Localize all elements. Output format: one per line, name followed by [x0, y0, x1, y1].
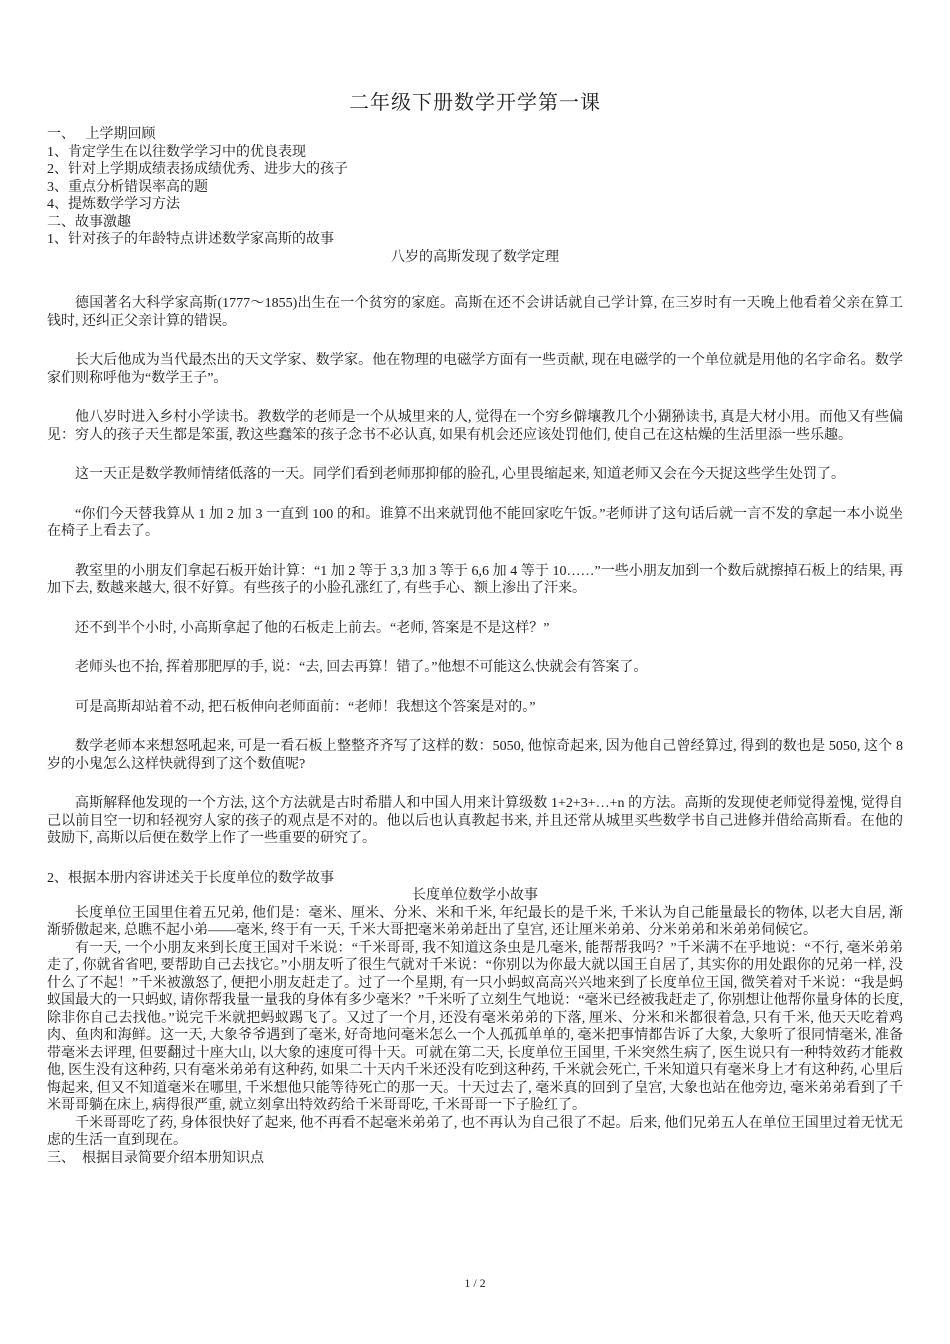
lesson-outline: 一、 上学期回顾 1、肯定学生在以往数学学习中的优良表现 2、针对上学期成绩表扬…	[47, 126, 903, 249]
gauss-paragraph-9: 可是高斯却站着不动, 把石板伸向老师面前：“老师！我想这个答案是对的。”	[47, 699, 903, 717]
length-story-paragraph-1: 长度单位王国里住着五兄弟, 他们是：毫米、厘米、分米、米和千米, 年纪最长的是千…	[47, 905, 903, 940]
gauss-paragraph-11: 高斯解释他发现的一个方法, 这个方法就是古时希腊人和中国人用来计算级数 1+2+…	[47, 795, 903, 848]
length-story-paragraph-2: 有一天, 一个小朋友来到长度王国对千米说：“千米哥哥, 我不知道这条虫是几毫米,…	[47, 940, 903, 1115]
page-content: 二年级下册数学开学第一课 一、 上学期回顾 1、肯定学生在以往数学学习中的优良表…	[0, 0, 950, 1167]
gauss-paragraph-1: 德国著名大科学家高斯(1777～1855)出生在一个贫穷的家庭。高斯在还不会讲话…	[47, 295, 903, 330]
gauss-paragraph-2: 长大后他成为当代最杰出的天文学家、数学家。他在物理的电磁学方面有一些贡献, 现在…	[47, 352, 903, 387]
gauss-paragraph-8: 老师头也不抬, 挥着那肥厚的手, 说：“去, 回去再算！错了。”他想不可能这么快…	[47, 659, 903, 677]
length-story-heading: 长度单位数学小故事	[47, 887, 903, 905]
outline-line-2: 1、肯定学生在以往数学学习中的优良表现	[47, 144, 903, 162]
gauss-paragraph-4: 这一天正是数学教师情绪低落的一天。同学们看到老师那抑郁的脸孔, 心里畏缩起来, …	[47, 466, 903, 484]
length-story-body: 长度单位王国里住着五兄弟, 他们是：毫米、厘米、分米、米和千米, 年纪最长的是千…	[47, 905, 903, 1150]
gauss-story-body: 德国著名大科学家高斯(1777～1855)出生在一个贫穷的家庭。高斯在还不会讲话…	[47, 295, 903, 848]
gauss-story-heading: 八岁的高斯发现了数学定理	[47, 249, 903, 267]
gauss-paragraph-6: 教室里的小朋友们拿起石板开始计算：“1 加 2 等于 3,3 加 3 等于 6,…	[47, 563, 903, 598]
gauss-paragraph-3: 他八岁时进入乡村小学读书。教数学的老师是一个从城里来的人, 觉得在一个穷乡僻壤教…	[47, 409, 903, 444]
outline-line-7: 1、针对孩子的年龄特点讲述数学家高斯的故事	[47, 231, 903, 249]
outline-line-5: 4、提炼数学学习方法	[47, 196, 903, 214]
length-story-intro-line: 2、根据本册内容讲述关于长度单位的数学故事	[47, 870, 903, 888]
document-page: 二年级下册数学开学第一课 一、 上学期回顾 1、肯定学生在以往数学学习中的优良表…	[0, 0, 950, 1344]
gauss-paragraph-5: “你们今天替我算从 1 加 2 加 3 一直到 100 的和。谁算不出来就罚他不…	[47, 506, 903, 541]
outline-line-1: 一、 上学期回顾	[47, 126, 903, 144]
outline-line-3: 2、针对上学期成绩表扬成绩优秀、进步大的孩子	[47, 161, 903, 179]
section3-heading-line: 三、 根据目录简要介绍本册知识点	[47, 1150, 903, 1168]
outline-line-6: 二、故事激趣	[47, 214, 903, 232]
page-number: 1 / 2	[0, 1276, 950, 1291]
gauss-paragraph-7: 还不到半个小时, 小高斯拿起了他的石板走上前去。“老师, 答案是不是这样？”	[47, 620, 903, 638]
outline-line-4: 3、重点分析错误率高的题	[47, 179, 903, 197]
page-title: 二年级下册数学开学第一课	[47, 90, 903, 116]
length-story-paragraph-3: 千米哥哥吃了药, 身体很快好了起来, 他不再看不起毫米弟弟了, 也不再认为自己很…	[47, 1115, 903, 1150]
gauss-paragraph-10: 数学老师本来想怒吼起来, 可是一看石板上整整齐齐写了这样的数：5050, 他惊奇…	[47, 738, 903, 773]
